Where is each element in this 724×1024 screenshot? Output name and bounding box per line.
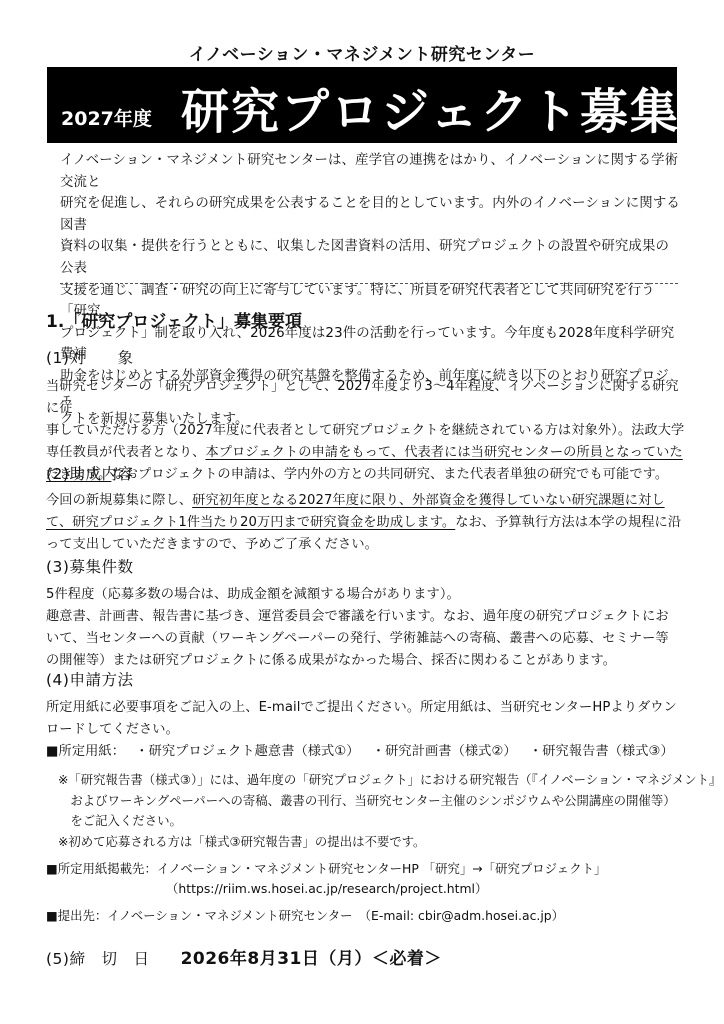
grant-line: 今回の新規募集に際し、研究初年度となる2027年度に限り、外部資金を獲得していな… xyxy=(46,490,686,512)
method-body: 所定用紙に必要事項をご記入の上、E-mailでご提出ください。所定用紙は、当研究… xyxy=(46,697,686,741)
forms-label: ■所定用紙： xyxy=(46,744,125,759)
count-line: 5件程度（応募多数の場合は、助成金額を減額する場合があります）。 xyxy=(46,584,686,606)
count-line: いて、当センターへの貢献（ワーキングペーパーの発行、学術雑誌への寄稿、叢書への応… xyxy=(46,628,686,650)
submission-contact: ■提出先：イノベーション・マネジメント研究センター （E-mail: cbir@… xyxy=(46,906,564,927)
grant-underlined-text: 研究初年度となる2027年度に限り、外部資金を獲得していない研究課題に対し xyxy=(192,493,664,508)
deadline-date: 2026年8月31日（月）＜必着＞ xyxy=(181,949,442,969)
posting-url-link[interactable]: （https://riim.ws.hosei.ac.jp/research/pr… xyxy=(166,879,487,900)
deadline-heading: (5)締 切 日 xyxy=(46,950,149,968)
page-title: 研究プロジェクト募集 xyxy=(181,73,680,142)
target-line: 専任教員が代表者となり、本プロジェクトの申請をもって、代表者には当研究センターの… xyxy=(46,442,686,464)
target-body: 当研究センターの「研究プロジェクト」として、2027年度より3～4年程度、イノベ… xyxy=(46,376,686,486)
grant-body: 今回の新規募集に際し、研究初年度となる2027年度に限り、外部資金を獲得していな… xyxy=(46,490,686,556)
form-item: ・研究報告書（様式③） xyxy=(529,744,674,759)
intro-line: 研究を促進し、それらの研究成果を公表することを目的としています。内外のイノベーシ… xyxy=(60,193,680,236)
form-item: ・研究計画書（様式②） xyxy=(372,744,517,759)
intro-line: 資料の収集・提供を行うとともに、収集した図書資料の活用、研究プロジェクトの設置や… xyxy=(60,236,680,279)
posting-location: ■所定用紙掲載先：イノベーション・マネジメント研究センターHP 「研究」→「研究… xyxy=(46,859,606,880)
method-line: ロードしてください。 xyxy=(46,719,686,741)
target-text: 専任教員が代表者となり、 xyxy=(46,445,205,460)
count-line: 趣意書、計画書、報告書に基づき、運営委員会で審議を行います。なお、過年度の研究プ… xyxy=(46,606,686,628)
year-label: 2027年度 xyxy=(61,104,152,131)
deadline-row: (5)締 切 日 2026年8月31日（月）＜必着＞ xyxy=(46,944,442,969)
organization-name: イノベーション・マネジメント研究センター xyxy=(0,40,724,65)
forms-list: ■所定用紙： ・研究プロジェクト趣意書（様式①） ・研究計画書（様式②） ・研究… xyxy=(46,741,686,763)
note-line: をご記入ください。 xyxy=(58,811,721,832)
title-banner: 2027年度 研究プロジェクト募集 xyxy=(47,67,677,143)
note-line: ※初めて応募される方は「様式③研究報告書」の提出は不要です。 xyxy=(58,832,721,853)
target-line: 事していただける方（2027年度に代表者として研究プロジェクトを継続されている方… xyxy=(46,420,686,442)
form-item: ・研究プロジェクト趣意書（様式①） xyxy=(135,744,359,759)
form-notes: ※「研究報告書（様式③）」には、過年度の「研究プロジェクト」における研究報告（『… xyxy=(58,770,721,852)
grant-line: て、研究プロジェクト1件当たり20万円まで研究資金を助成します。なお、予算執行方… xyxy=(46,512,686,534)
grant-underlined-text: て、研究プロジェクト1件当たり20万円まで研究資金を助成します。 xyxy=(46,515,455,530)
note-line: およびワーキングペーパーへの寄稿、叢書の刊行、当研究センター主催のシンポジウムや… xyxy=(58,791,721,812)
method-line: 所定用紙に必要事項をご記入の上、E-mailでご提出ください。所定用紙は、当研究… xyxy=(46,697,686,719)
dashed-divider xyxy=(60,283,678,284)
count-heading: (3)募集件数 xyxy=(46,555,133,577)
target-line: 当研究センターの「研究プロジェクト」として、2027年度より3～4年程度、イノベ… xyxy=(46,376,686,420)
intro-line: イノベーション・マネジメント研究センターは、産学官の連携をはかり、イノベーション… xyxy=(60,150,680,193)
grant-text: 今回の新規募集に際し、 xyxy=(46,493,192,508)
method-heading: (4)申請方法 xyxy=(46,668,133,690)
grant-text: なお、予算執行方法は本学の規程に沿 xyxy=(455,515,681,530)
target-heading: (1)対 象 xyxy=(46,346,133,368)
note-line: ※「研究報告書（様式③）」には、過年度の「研究プロジェクト」における研究報告（『… xyxy=(58,770,721,791)
target-text: なおプロジェクトの申請は、学内外の方との共同研究、また代表者単独の研究でも可能で… xyxy=(111,467,668,482)
section-heading: 1.「研究プロジェクト」募集要項 xyxy=(46,307,302,332)
target-line: だきます。なおプロジェクトの申請は、学内外の方との共同研究、また代表者単独の研究… xyxy=(46,464,686,486)
target-underlined-text: 本プロジェクトの申請をもって、代表者には当研究センターの所員となっていた xyxy=(205,445,682,460)
count-line: の開催等）または研究プロジェクトに係る成果がなかった場合、採否に関わることがあり… xyxy=(46,650,686,672)
count-body: 5件程度（応募多数の場合は、助成金額を減額する場合があります）。 趣意書、計画書… xyxy=(46,584,686,672)
grant-heading: (2)助成内容 xyxy=(46,462,133,484)
grant-line: って支出していただきますので、予めご了承ください。 xyxy=(46,534,686,556)
